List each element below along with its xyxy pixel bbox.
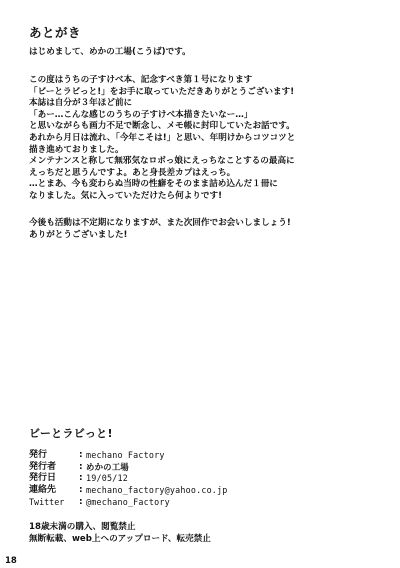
afterword-title: あとがき — [29, 23, 81, 41]
colophon-key: 発行 — [29, 450, 79, 462]
colophon-separator: : — [79, 485, 86, 497]
body-paragraph-1: この度はうちの子すけべ本、記念すべき第１号になります 「ビーとラビっと!」をお手… — [29, 75, 295, 203]
colophon-key: 連絡先 — [29, 485, 79, 497]
afterword-page: あとがき はじめまして、めかの工場(こうば)です。 この度はうちの子すけべ本、記… — [0, 0, 400, 568]
colophon-key: Twitter — [29, 497, 79, 509]
colophon-row-contact: 連絡先 : mechano_factory@yahoo.co.jp — [29, 485, 228, 497]
text-line: この度はうちの子すけべ本、記念すべき第１号になります — [29, 75, 295, 87]
colophon-key: 発行日 — [29, 473, 79, 485]
colophon-value: mechano Factory — [86, 450, 165, 462]
colophon-separator: : — [79, 462, 86, 474]
colophon-value-twitter: @mechano_Factory — [86, 497, 170, 509]
colophon-row-date: 発行日 : 19/05/12 — [29, 473, 228, 485]
greeting-paragraph: はじめまして、めかの工場(こうば)です。 — [29, 47, 191, 59]
text-line: なりました。気に入っていただけたら何よりです! — [29, 191, 295, 203]
book-title: ビーとラビっと! — [29, 425, 113, 441]
text-line: と思いながらも画力不足で断念し、メモ帳に封印していたお話です。 — [29, 121, 295, 133]
colophon-table: 発行 : mechano Factory 発行者 : めかの工場 発行日 : 1… — [29, 450, 228, 508]
colophon-value-email: mechano_factory@yahoo.co.jp — [86, 485, 228, 497]
page-number: 18 — [5, 556, 17, 566]
text-line: えっちだと思うんですよ。あと身長差カプはえっち。 — [29, 168, 295, 180]
colophon-value: めかの工場 — [86, 462, 129, 474]
text-line: 「あー…こんな感じのうちの子すけべ本描きたいなー…」 — [29, 110, 295, 122]
text-line: 描き進めておりました。 — [29, 145, 295, 157]
text-line: 「ビーとラビっと!」をお手に取っていただきありがとうございます! — [29, 87, 295, 99]
colophon-row-publisher: 発行 : mechano Factory — [29, 450, 228, 462]
text-line: ありがとうございました! — [29, 230, 291, 242]
colophon-row-twitter: Twitter : @mechano_Factory — [29, 497, 228, 509]
legal-notice: 18歳未満の購入、閲覧禁止 無断転載、web上へのアップロード、転売禁止 — [29, 521, 211, 545]
notice-line: 無断転載、web上へのアップロード、転売禁止 — [29, 533, 211, 545]
text-line: メンテナンスと称して無邪気なロボっ娘にえっちなことするの最高に — [29, 156, 295, 168]
text-line: 今後も活動は不定期になりますが、また次回作でお会いしましょう! — [29, 218, 291, 230]
colophon-separator: : — [79, 450, 86, 462]
notice-line: 18歳未満の購入、閲覧禁止 — [29, 521, 211, 533]
colophon-row-issuer: 発行者 : めかの工場 — [29, 462, 228, 474]
colophon-key: 発行者 — [29, 462, 79, 474]
text-line: …とまあ、今も変わらぬ当時の性癖をそのまま詰め込んだ１冊に — [29, 179, 295, 191]
colophon-separator: : — [79, 497, 86, 509]
text-line: はじめまして、めかの工場(こうば)です。 — [29, 47, 191, 59]
text-line: 本誌は自分が３年ほど前に — [29, 98, 295, 110]
body-paragraph-2: 今後も活動は不定期になりますが、また次回作でお会いしましょう! ありがとうござい… — [29, 218, 291, 241]
text-line: あれから月日は流れ、「今年こそは!」と思い、年明けからコツコツと — [29, 133, 295, 145]
colophon-value: 19/05/12 — [86, 473, 128, 485]
colophon-separator: : — [79, 473, 86, 485]
